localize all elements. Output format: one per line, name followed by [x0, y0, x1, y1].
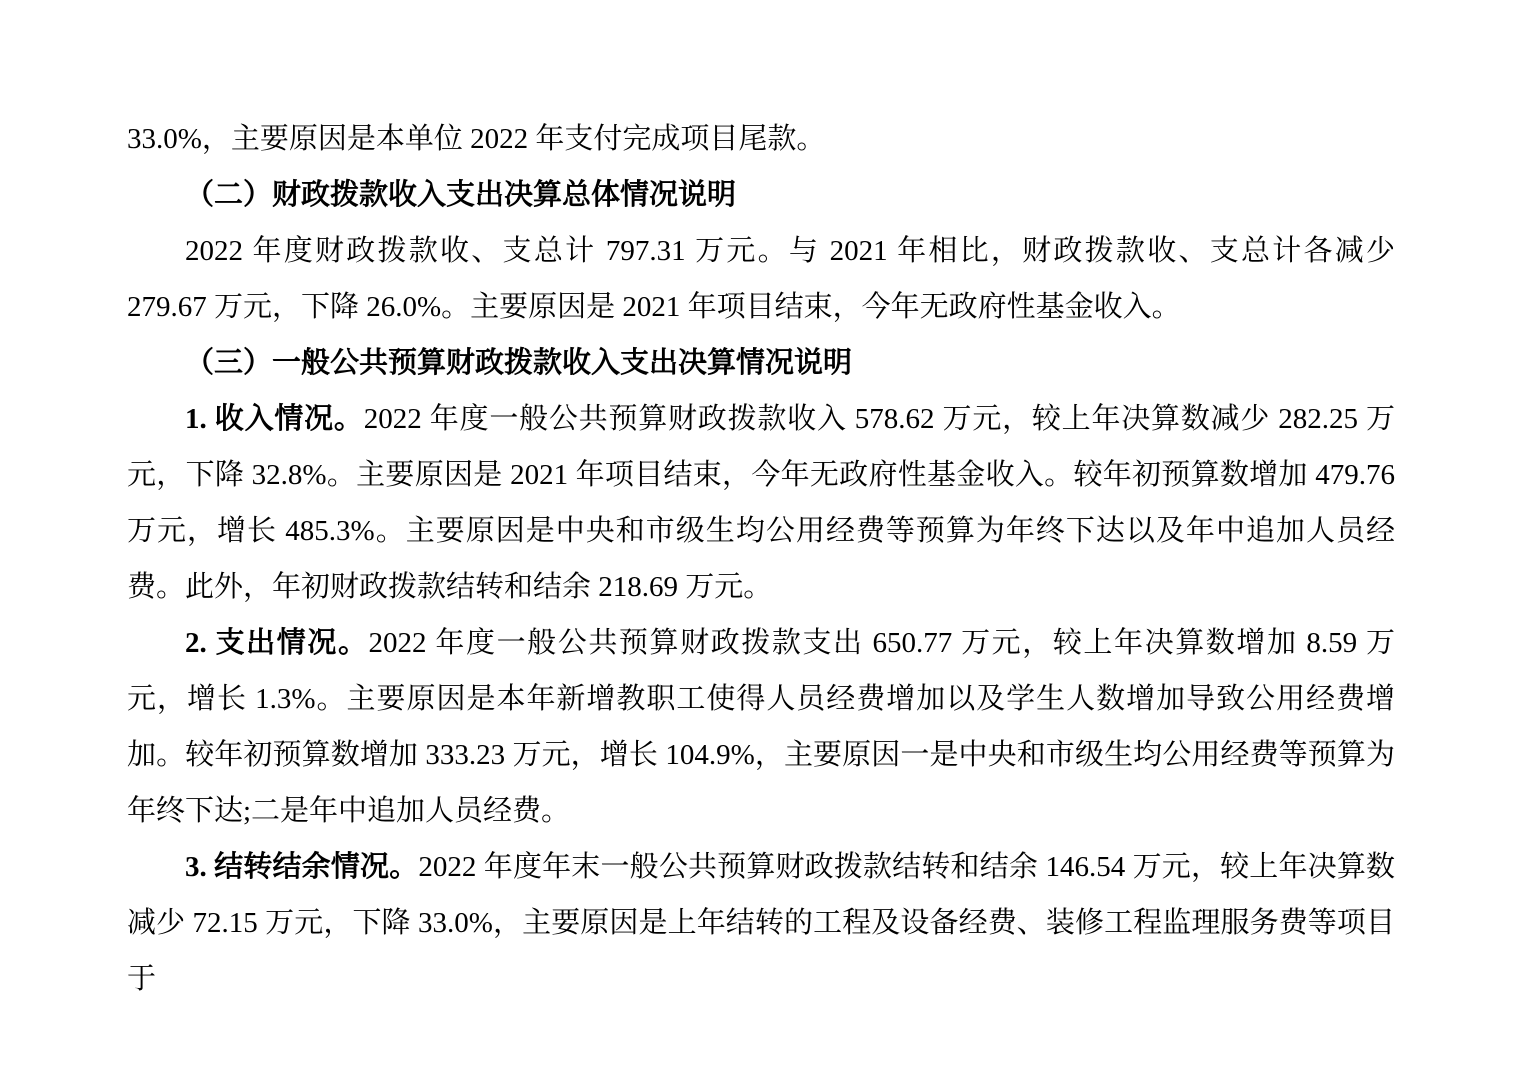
paragraph-continuation: 33.0%，主要原因是本单位 2022 年支付完成项目尾款。	[127, 111, 1395, 167]
paragraph-lead: 2. 支出情况。	[185, 627, 369, 659]
heading-text: （二）财政拨款收入支出决算总体情况说明	[185, 179, 736, 211]
document-page: 33.0%，主要原因是本单位 2022 年支付完成项目尾款。 （二）财政拨款收入…	[0, 0, 1520, 1074]
section-heading-fiscal-appropriation-overview: （二）财政拨款收入支出决算总体情况说明	[127, 167, 1395, 223]
paragraph-carryover-balance-situation: 3. 结转结余情况。2022 年度年末一般公共预算财政拨款结转和结余 146.5…	[127, 839, 1395, 1007]
paragraph-text: 2022 年度财政拨款收、支总计 797.31 万元。与 2021 年相比，财政…	[127, 235, 1395, 323]
document-content: 33.0%，主要原因是本单位 2022 年支付完成项目尾款。 （二）财政拨款收入…	[127, 111, 1395, 1007]
heading-text: （三）一般公共预算财政拨款收入支出决算情况说明	[185, 347, 852, 379]
paragraph-income-situation: 1. 收入情况。2022 年度一般公共预算财政拨款收入 578.62 万元，较上…	[127, 391, 1395, 615]
section-heading-general-public-budget: （三）一般公共预算财政拨款收入支出决算情况说明	[127, 335, 1395, 391]
paragraph-fiscal-appropriation-total: 2022 年度财政拨款收、支总计 797.31 万元。与 2021 年相比，财政…	[127, 223, 1395, 335]
paragraph-lead: 3. 结转结余情况。	[185, 851, 418, 883]
paragraph-expenditure-situation: 2. 支出情况。2022 年度一般公共预算财政拨款支出 650.77 万元，较上…	[127, 615, 1395, 839]
paragraph-text: 33.0%，主要原因是本单位 2022 年支付完成项目尾款。	[127, 123, 825, 155]
paragraph-lead: 1. 收入情况。	[185, 403, 364, 435]
